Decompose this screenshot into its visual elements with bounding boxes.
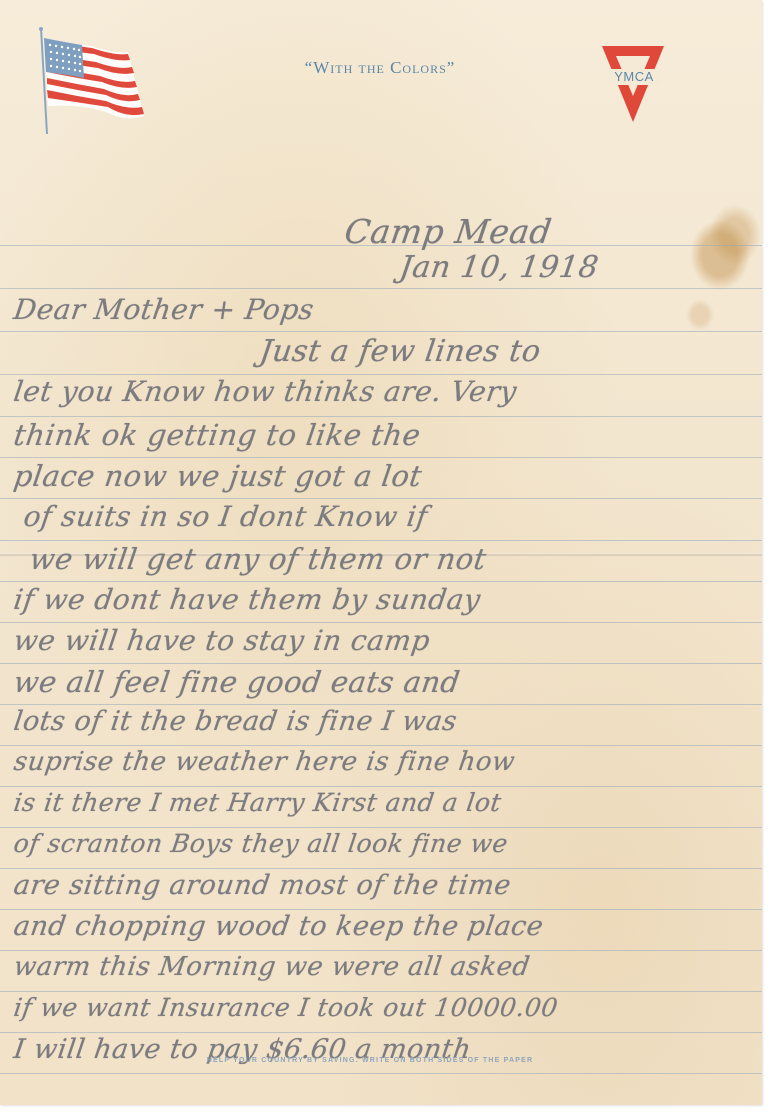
- letter-line: of suits in so I dont Know if: [22, 500, 430, 533]
- letter-line: lots of it the bread is fine I was: [12, 706, 459, 737]
- letter-line: warm this Morning we were all asked: [12, 952, 532, 982]
- ruled-line: [0, 581, 762, 582]
- american-flag-icon: [36, 26, 148, 136]
- ruled-line: [0, 331, 762, 332]
- ruled-line: [0, 663, 762, 664]
- letter-line: think ok getting to like the: [12, 418, 423, 452]
- letter-line: and chopping wood to keep the place: [12, 911, 546, 942]
- letter-salutation: Dear Mother + Pops: [12, 293, 317, 326]
- ruled-line: [0, 868, 762, 869]
- letter-date: Jan 10, 1918: [398, 250, 601, 285]
- printed-footer: HELP YOUR COUNTRY BY SAVING. WRITE ON BO…: [110, 1057, 630, 1064]
- ruled-line: [0, 991, 762, 992]
- ruled-line: [0, 704, 762, 705]
- ruled-line: [0, 786, 762, 787]
- letter-line: we all feel fine good eats and: [12, 665, 463, 699]
- ruled-line: [0, 909, 762, 910]
- letter-line: are sitting around most of the time: [12, 870, 513, 901]
- letter-line: we will get any of them or not: [28, 542, 489, 576]
- letter-line: Just a few lines to: [258, 334, 544, 369]
- ruled-line: [0, 1032, 762, 1033]
- ruled-line: [0, 498, 762, 499]
- ruled-line: [0, 457, 762, 458]
- ymca-logo-text: YMCA: [607, 69, 661, 85]
- ruled-line: [0, 416, 762, 417]
- ruled-line: [0, 288, 762, 289]
- letter-place: Camp Mead: [342, 212, 554, 251]
- ruled-line: [0, 622, 762, 623]
- ruled-line: [0, 827, 762, 828]
- letter-line: let you Know how thinks are. Very: [12, 375, 519, 408]
- letter-line: is it there I met Harry Kirst and a lot: [12, 788, 503, 817]
- letter-line: of scranton Boys they all look fine we: [12, 829, 510, 858]
- letterhead-title: “With the Colors”: [230, 58, 530, 78]
- letter-line: place now we just got a lot: [12, 459, 425, 493]
- ruled-line: [0, 540, 762, 541]
- letter-line: suprise the weather here is fine how: [12, 747, 517, 777]
- letter-line: if we want Insurance I took out 10000.00: [12, 993, 560, 1022]
- ruled-line: [0, 1073, 762, 1074]
- ruled-line: [0, 745, 762, 746]
- letter-line: we will have to stay in camp: [12, 624, 433, 657]
- letter-line: if we dont have them by sunday: [12, 583, 483, 616]
- ruled-line: [0, 950, 762, 951]
